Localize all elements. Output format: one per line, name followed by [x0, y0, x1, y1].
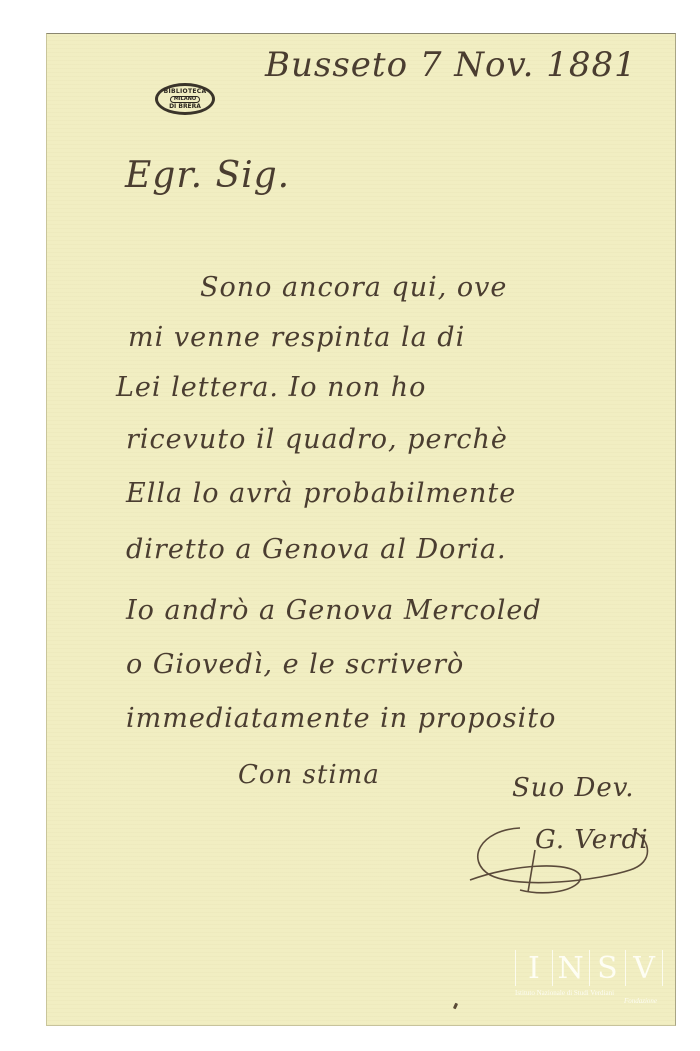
letter-body-line: Lei lettera. Io non ho [116, 372, 426, 403]
letter-body-line: Io andrò a Genova Mercoled [126, 595, 542, 626]
watermark-subcaption: Fondazione [515, 997, 663, 1005]
insv-watermark: I N S V Istituto Nazionale di Studi Verd… [515, 950, 663, 1005]
watermark-letters: I N S V [515, 950, 663, 986]
watermark-letter: I [516, 950, 553, 986]
letter-body-line: o Giovedì, e le scriverò [126, 649, 464, 680]
library-stamp: BIBLIOTECA MILANO DI BRERA [155, 83, 215, 115]
watermark-caption: Istituto Nazionale di Studi Verdiani [515, 989, 663, 997]
stamp-line-3: DI BRERA [169, 104, 201, 110]
letter-body-line: immediatamente in proposito [126, 703, 556, 734]
letter-dateline: Busseto 7 Nov. 1881 [265, 45, 637, 85]
letter-servo: Suo Dev. [512, 773, 635, 803]
letter-body-line: Sono ancora qui, ove [200, 272, 507, 303]
letter-salutation: Egr. Sig. [125, 155, 290, 196]
watermark-letter: V [626, 950, 663, 986]
letter-body-line: Ella lo avrà probabilmente [126, 478, 516, 509]
watermark-letter: N [553, 950, 590, 986]
letter-body-line: mi venne respinta la di [128, 322, 465, 353]
stamp-line-2: MILANO [170, 96, 200, 103]
stamp-line-1: BIBLIOTECA [164, 89, 207, 95]
letter-signature: G. Verdi [535, 825, 649, 855]
letter-body-line: diretto a Genova al Doria. [126, 534, 507, 565]
letter-closing: Con stima [238, 760, 380, 790]
watermark-letter: S [590, 950, 627, 986]
letter-body-line: ricevuto il quadro, perchè [126, 424, 508, 455]
